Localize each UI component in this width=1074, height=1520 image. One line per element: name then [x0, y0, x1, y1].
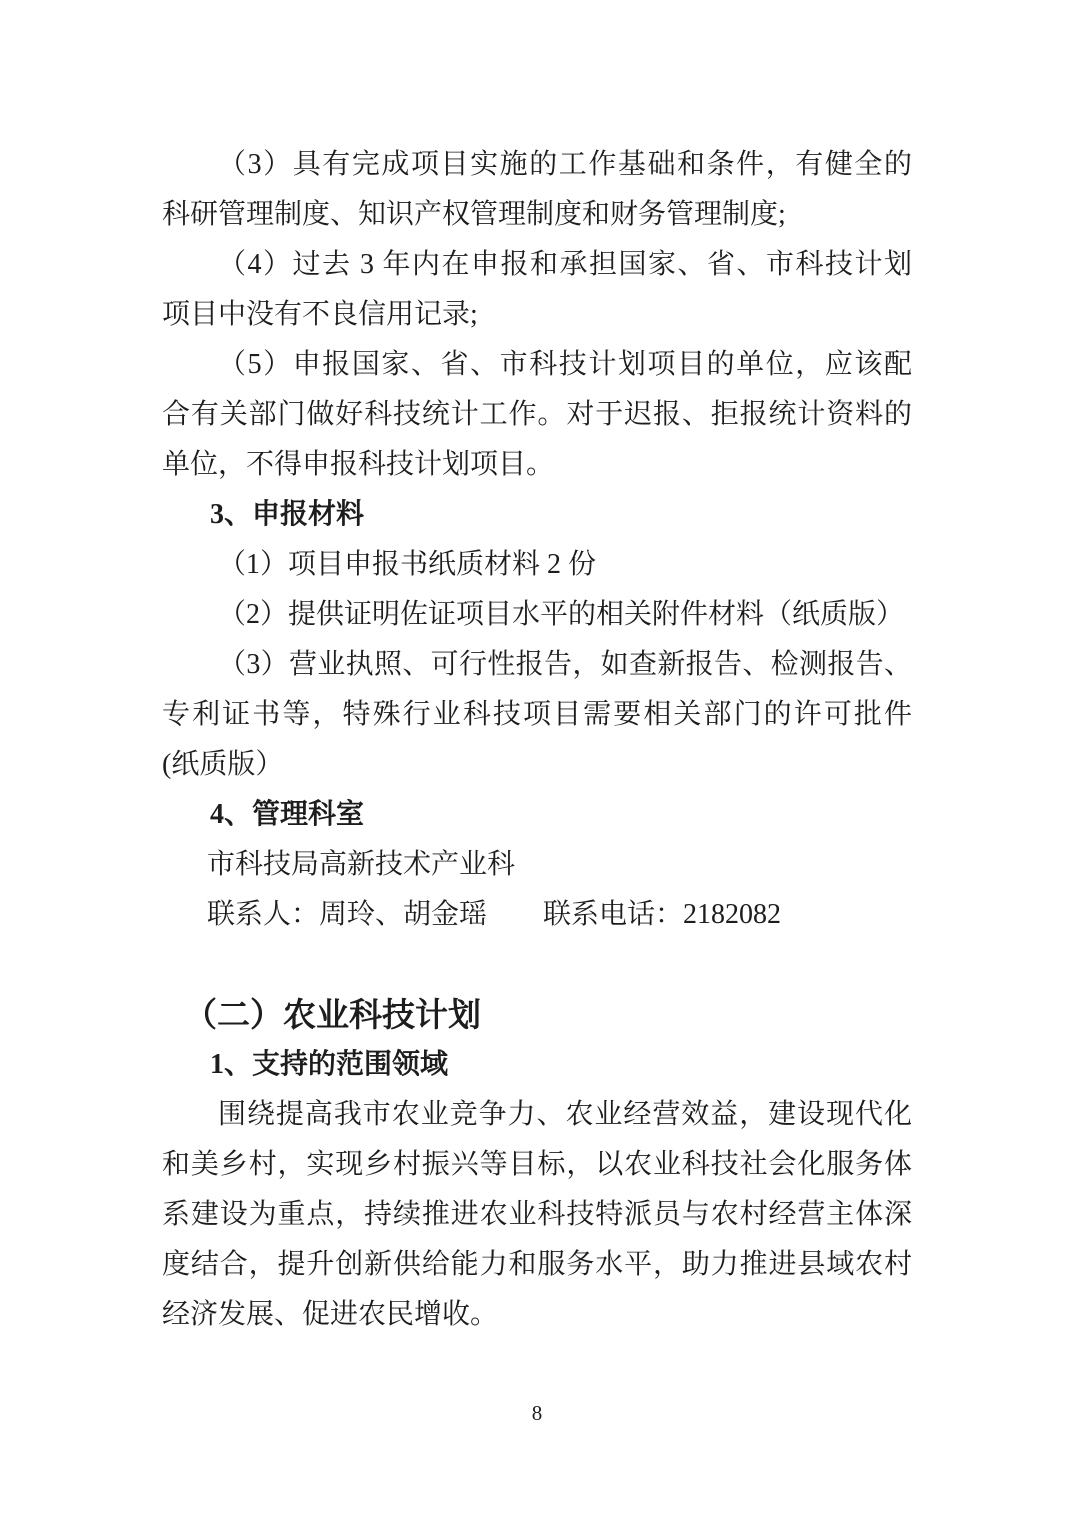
page-number: 8 — [0, 1398, 1074, 1428]
body-line: （3）具有完成项目实施的工作基础和条件，有健全的 — [162, 140, 912, 190]
body-line: 单位，不得申报科技计划项目。 — [162, 440, 912, 490]
body-line: 系建设为重点，持续推进农业科技特派员与农村经营主体深 — [162, 1190, 912, 1240]
body-line: （2）提供证明佐证项目水平的相关附件材料（纸质版） — [162, 590, 912, 640]
body-line: 专利证书等，特殊行业科技项目需要相关部门的许可批件 — [162, 690, 912, 740]
body-line: （3）营业执照、可行性报告，如查新报告、检测报告、 — [162, 640, 912, 690]
body-line: 围绕提高我市农业竞争力、农业经营效益，建设现代化 — [162, 1090, 912, 1140]
document-content: （3）具有完成项目实施的工作基础和条件，有健全的 科研管理制度、知识产权管理制度… — [162, 140, 912, 1340]
heading-management-office: 4、管理科室 — [210, 790, 912, 840]
body-line: 和美乡村，实现乡村振兴等目标，以农业科技社会化服务体 — [162, 1140, 912, 1190]
body-line: (纸质版） — [162, 740, 912, 790]
body-line: （5）申报国家、省、市科技计划项目的单位，应该配 — [162, 340, 912, 390]
body-line: 经济发展、促进农民增收。 — [162, 1290, 912, 1340]
body-line: （1）项目申报书纸质材料 2 份 — [162, 540, 912, 590]
heading-application-materials: 3、申报材料 — [210, 490, 912, 540]
body-line: 科研管理制度、知识产权管理制度和财务管理制度; — [162, 190, 912, 240]
document-page: （3）具有完成项目实施的工作基础和条件，有健全的 科研管理制度、知识产权管理制度… — [0, 0, 1074, 1520]
section-heading-agriculture-program: （二）农业科技计划 — [184, 990, 912, 1040]
heading-supported-scope: 1、支持的范围领域 — [210, 1040, 912, 1090]
department-line: 市科技局高新技术产业科 — [207, 840, 912, 890]
contact-line: 联系人：周玲、胡金瑶 联系电话：2182082 — [207, 890, 912, 940]
body-line: 合有关部门做好科技统计工作。对于迟报、拒报统计资料的 — [162, 390, 912, 440]
body-line: 项目中没有不良信用记录; — [162, 290, 912, 340]
body-line: 度结合，提升创新供给能力和服务水平，助力推进县域农村 — [162, 1240, 912, 1290]
body-line: （4）过去 3 年内在申报和承担国家、省、市科技计划 — [162, 240, 912, 290]
